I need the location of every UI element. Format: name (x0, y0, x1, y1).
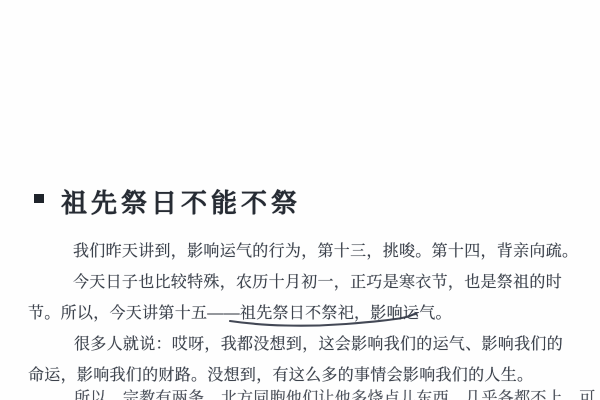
body-line: 节。所以，今天讲第十五——祖先祭日不祭祀，影响运气。 (28, 304, 452, 323)
body-line: 今天日子也比较特殊，农历十月初一，正巧是寒衣节，也是祭祖的时 (73, 273, 562, 292)
section-heading: 祖先祭日不能不祭 (61, 183, 301, 220)
scanned-document-page: 祖先祭日不能不祭 我们昨天讲到，影响运气的行为，第十三，挑唆。第十四，背亲向疏。… (0, 0, 600, 400)
black-square-bullet-icon (34, 194, 44, 203)
body-line: 我们昨天讲到，影响运气的行为，第十三，挑唆。第十四，背亲向疏。 (73, 242, 578, 261)
body-line: 命运，影响我们的财路。没想到，有这么多的事情会影响我们的人生。 (28, 366, 533, 385)
body-line: 很多人就说：哎呀，我都没想到，这会影响我们的运气、影响我们的 (74, 335, 563, 354)
body-line-clipped: 所以，宗教有两条，北方同胞他们让他多烧点儿东西，几乎各都不上，可 (74, 389, 596, 400)
